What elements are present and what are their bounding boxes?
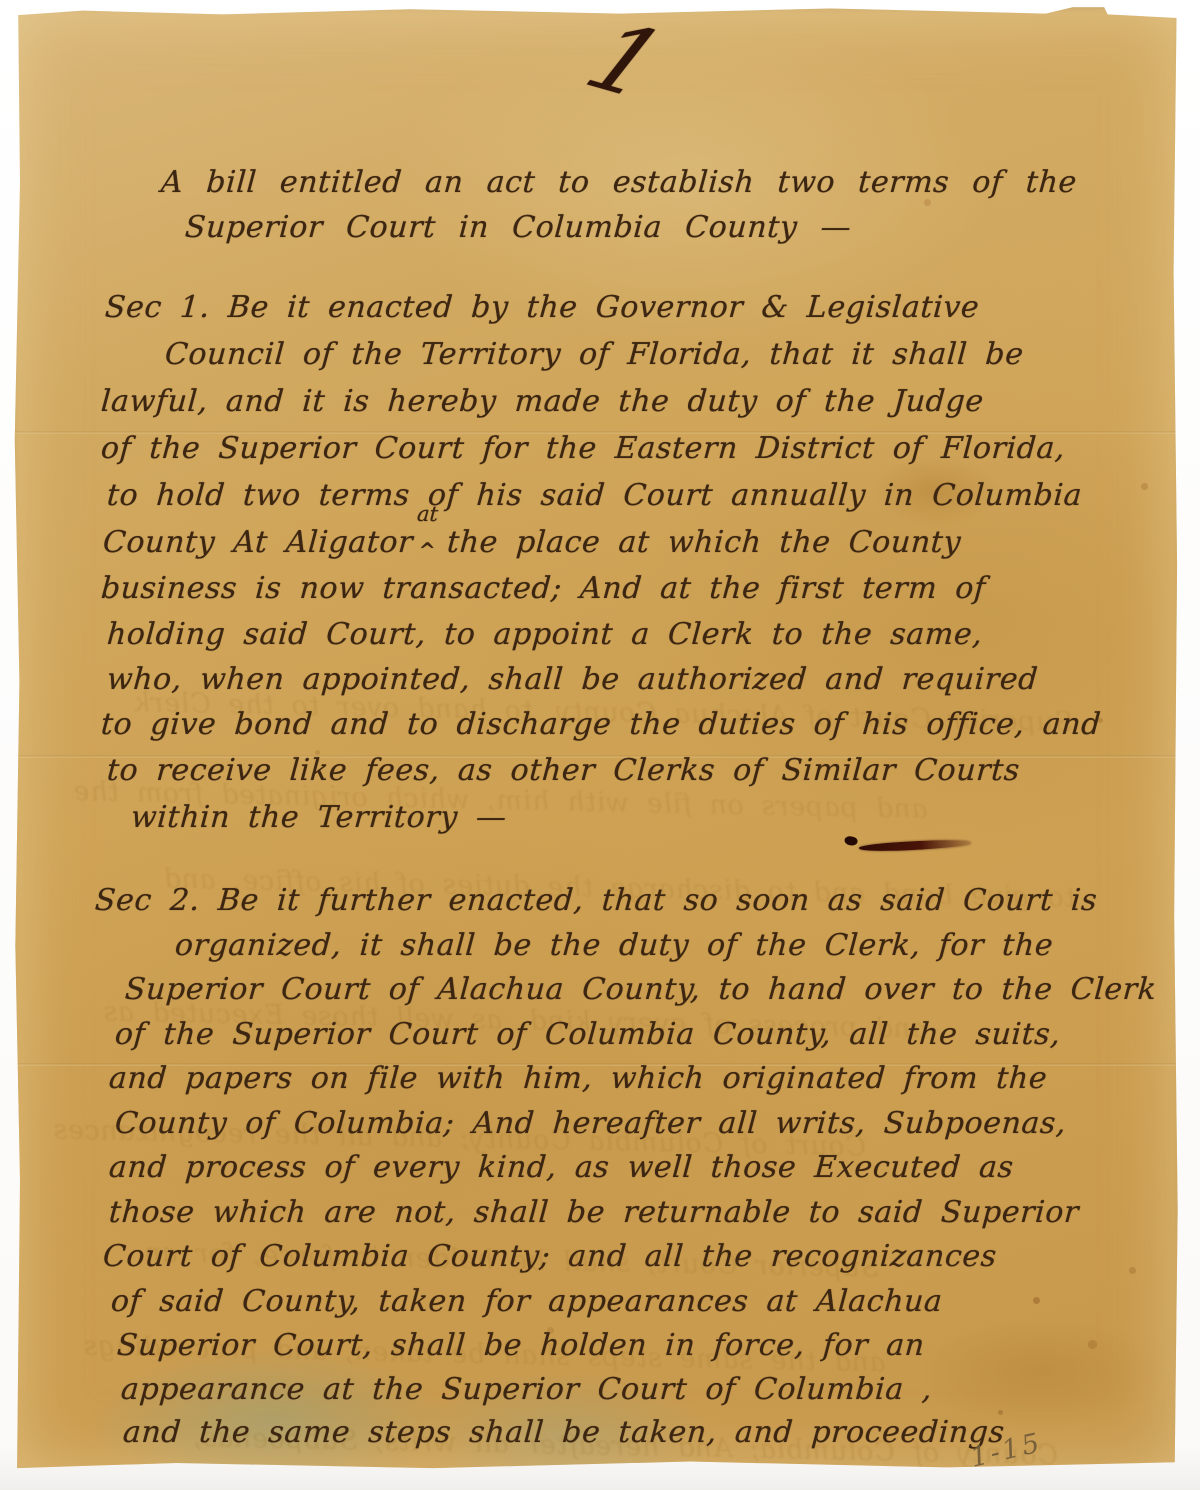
manuscript-line: appearance at the Superior Court of Colu… [120,1372,934,1407]
manuscript-line: Superior Court of Alachua County, to han… [124,972,1158,1007]
manuscript-line: and process of every kind, as well those… [108,1150,1015,1185]
foxing-specks [13,7,16,10]
paper-sheet: Superior Court of Alachua County, to han… [13,7,1180,1474]
manuscript-line: Superior Court, shall be holden in force… [116,1328,926,1363]
manuscript-line: Court of Columbia County; and all the re… [102,1239,998,1274]
manuscript-line: and papers on file with him, which origi… [108,1061,1049,1096]
manuscript-line: who, when appointed, shall be authorized… [106,662,1040,697]
manuscript-line: holding said Court, to appoint a Clerk t… [106,617,984,652]
bill-title-line: Superior Court in Columbia County — [184,210,853,245]
bill-title-line: A bill entitled an act to establish two … [160,165,1078,200]
manuscript-line: County of Columbia; And hereafter all wr… [114,1106,1068,1141]
insertion-anchor: at^ [412,542,447,552]
manuscript-line: to hold two terms of his said Court annu… [106,478,1084,513]
page-number-mark: 1 [573,9,678,112]
inserted-word: at [416,502,439,526]
insertion-after-text: the place at which the County [446,525,962,560]
manuscript-line: Sec 2. Be it further enacted, that so so… [94,883,1099,918]
document-scan: Superior Court of Alachua County, to han… [0,0,1200,1490]
manuscript-line: lawful, and it is hereby made the duty o… [100,384,985,419]
ink-blot [859,837,971,854]
manuscript-line-with-insertion: County At Aligatorat^the place at which … [102,525,962,560]
insertion-before-text: County At Aligator [102,525,415,560]
manuscript-line: those which are not, shall be returnable… [108,1195,1080,1230]
manuscript-line: of the Superior Court for the Eastern Di… [100,431,1067,466]
manuscript-line: Sec 1. Be it enacted by the Governor & L… [104,290,981,325]
manuscript-line: Council of the Territory of Florida, tha… [164,337,1025,372]
manuscript-line: within the Territory — [130,800,508,835]
manuscript-line: of the Superior Court of Columbia County… [114,1017,1062,1052]
manuscript-line: business is now transacted; And at the f… [100,571,987,606]
manuscript-line: organized, it shall be the duty of the C… [174,928,1055,963]
manuscript-line: of said County, taken for appearances at… [110,1284,944,1319]
manuscript-line: to give bond and to discharge the duties… [100,707,1102,742]
manuscript-line: to receive like fees, as other Clerks of… [106,753,1021,788]
caret-mark: ^ [418,538,437,562]
manuscript-line: and the same steps shall be taken, and p… [122,1415,1006,1450]
